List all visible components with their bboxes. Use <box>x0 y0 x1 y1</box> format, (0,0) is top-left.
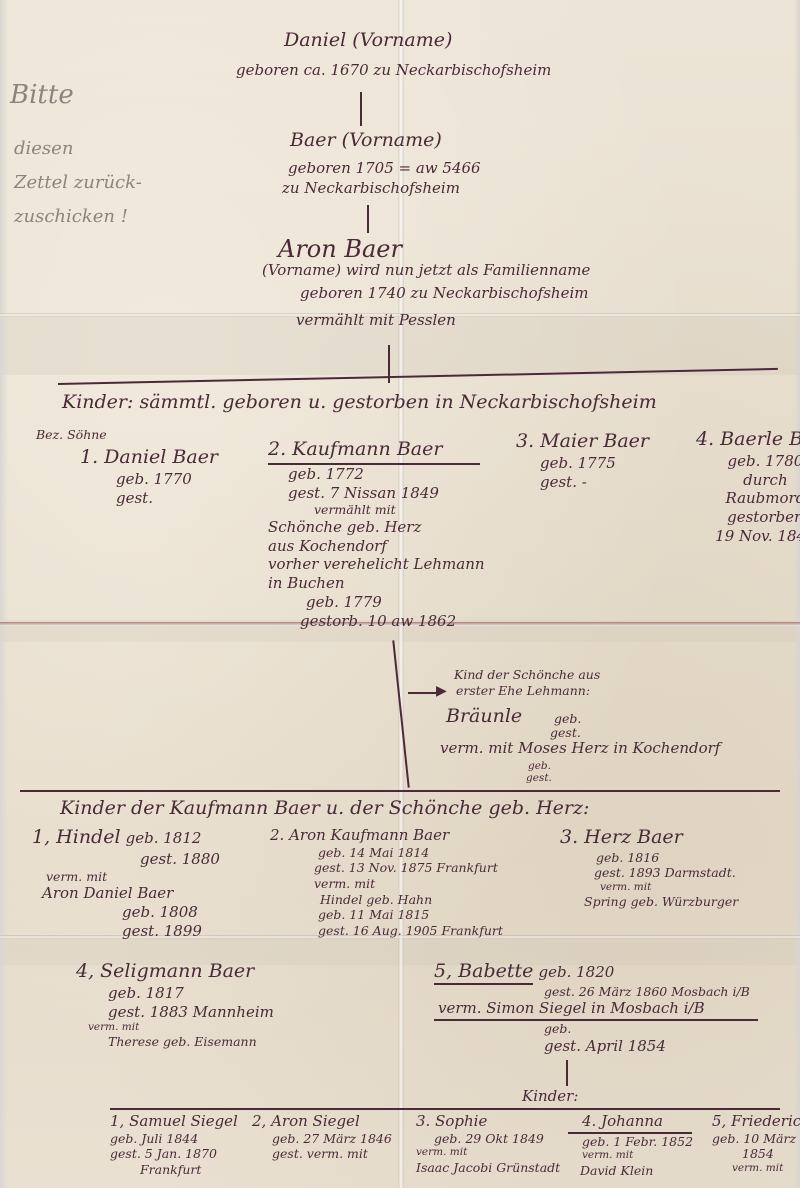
great-grandchild-detail: gest. 5 Jan. 1870 <box>110 1146 238 1162</box>
grandchild-detail: geb. 1820 <box>538 963 614 981</box>
child-name: 2. Kaufmann Baer <box>268 438 480 465</box>
grandchild-detail: verm. mit <box>76 1021 274 1034</box>
grandchild-detail: gest. 1893 Darmstadt. <box>560 865 738 881</box>
grandchild-detail: Hindel geb. Hahn <box>270 892 503 908</box>
grandchild-detail: Therese geb. Eisemann <box>76 1034 274 1050</box>
grandchild-2: 2. Aron Kaufmann Baer geb. 14 Mai 1814 g… <box>270 826 503 939</box>
great-grandchild-3: 3. Sophie geb. 29 Okt 1849 verm. mit Isa… <box>416 1112 560 1175</box>
great-grandchild-detail: geb. 29 Okt 1849 <box>416 1131 560 1147</box>
child-name: 4. Baerle Baer <box>696 428 800 452</box>
lineage-connector <box>367 205 369 233</box>
great-grandchild-detail: verm. mit <box>568 1149 693 1162</box>
great-grandchild-name: 2, Aron Siegel <box>252 1112 392 1131</box>
great-grandchild-detail: geb. 27 März 1846 <box>252 1131 392 1147</box>
child-detail: geb. 1775 <box>516 454 649 473</box>
grandchild-detail: geb. 1812 <box>126 829 202 847</box>
lineage-connector <box>360 92 362 126</box>
grandchild-detail: geb. 11 Mai 1815 <box>270 907 503 923</box>
child-4: 4. Baerle Baer geb. 1780 durch Raubmord … <box>696 428 800 546</box>
grandchild-detail: gest. 13 Nov. 1875 Frankfurt <box>270 860 503 876</box>
child-detail: in Buchen <box>268 574 485 593</box>
grandchild-detail: verm. mit <box>270 876 503 892</box>
stepchild-married: verm. mit Moses Herz in Kochendorf <box>440 740 720 757</box>
grandchild-1: 1, Hindel geb. 1812 gest. 1880 verm. mit… <box>32 826 220 940</box>
stepchild-name: Bräunle <box>446 706 522 728</box>
grandchild-name: 2. Aron Kaufmann Baer <box>270 826 503 845</box>
great-grandchild-detail: Frankfurt <box>110 1162 238 1178</box>
grandchild-detail: gest. 1899 <box>32 922 220 941</box>
grandchild-detail: gest. 1883 Mannheim <box>76 1003 274 1022</box>
great-grandchild-detail: Isaac Jacobi Grünstadt <box>416 1160 560 1176</box>
grandchild-detail: geb. 14 Mai 1814 <box>270 845 503 861</box>
grandchild-name: 4, Seligmann Baer <box>76 960 274 984</box>
stepchild-intro: Kind der Schönche aus <box>454 668 600 682</box>
grandchildren-header: Kinder der Kaufmann Baer u. der Schönche… <box>60 798 589 820</box>
pencil-note-line: Bitte <box>10 80 74 111</box>
child-detail: vorher verehelicht Lehmann <box>268 555 485 574</box>
great-grandchild-detail: geb. 10 März <box>712 1131 800 1147</box>
grandchild-detail: gest. 26 März 1860 Mosbach i/B <box>434 984 758 1000</box>
stepchild-intro: erster Ehe Lehmann: <box>456 684 590 698</box>
child-detail: geb. 1770 <box>80 470 218 489</box>
child-detail: geb. 1780 <box>696 452 800 471</box>
great-grandchildren-header: Kinder: <box>522 1088 578 1105</box>
grandchild-5: 5, Babette geb. 1820 gest. 26 März 1860 … <box>434 960 758 1056</box>
grandchild-detail: gest. 1880 <box>32 850 220 869</box>
great-grandchild-name: 1, Samuel Siegel <box>110 1112 238 1131</box>
great-grandchild-detail: 1854 <box>712 1146 800 1162</box>
paper-edge <box>794 0 800 1188</box>
child-detail: geb. 1779 <box>268 593 485 612</box>
gen3-name: Aron Baer <box>278 236 402 264</box>
great-grandchild-detail: verm. mit <box>416 1146 560 1159</box>
great-grandchild-4: 4. Johanna geb. 1 Febr. 1852 verm. mit D… <box>568 1112 693 1178</box>
pencil-note-line: zuschicken ! <box>14 206 128 228</box>
grandchild-detail: Spring geb. Würzburger <box>560 894 738 910</box>
child-detail: Schönche geb. Herz <box>268 518 485 537</box>
arrow-right-icon: ▶ <box>436 683 447 699</box>
great-grandchild-name: 5, Friedericke <box>712 1112 800 1131</box>
gen2-name: Baer (Vorname) <box>290 130 442 152</box>
children-header: Kinder: sämmtl. geboren u. gestorben in … <box>62 392 657 414</box>
child-detail: Raubmord <box>696 489 800 508</box>
grandchild-name: 1, Hindel <box>32 826 121 848</box>
child-detail: gest. <box>80 489 218 508</box>
grandchild-detail: geb. <box>434 1021 758 1037</box>
child-name: 1. Daniel Baer <box>80 446 218 470</box>
grandchild-detail: verm. mit <box>32 869 220 885</box>
child-detail: gest. - <box>516 473 649 492</box>
gen1-born: geboren ca. 1670 zu Neckarbischofsheim <box>236 62 551 79</box>
gen2-born: geboren 1705 = aw 5466 <box>288 160 481 177</box>
grandchild-detail: Aron Daniel Baer <box>32 884 220 903</box>
grandchild-detail: gest. 16 Aug. 1905 Frankfurt <box>270 923 503 939</box>
great-grandchild-detail: geb. 1 Febr. 1852 <box>568 1134 693 1150</box>
great-grandchild-detail: gest. verm. mit <box>252 1146 392 1162</box>
great-grandchild-2: 2, Aron Siegel geb. 27 März 1846 gest. v… <box>252 1112 392 1162</box>
child-detail: gest. 7 Nissan 1849 <box>268 484 485 503</box>
child-2: 2. Kaufmann Baer geb. 1772 gest. 7 Nissa… <box>268 438 485 630</box>
child-detail: gestorben <box>696 508 800 527</box>
gen3-note: (Vorname) wird nun jetzt als Familiennam… <box>262 262 590 279</box>
child-detail: geb. 1772 <box>268 465 485 484</box>
genealogy-sheet: Bitte diesen Zettel zurück- zuschicken !… <box>0 0 800 1188</box>
great-grandchild-name: 4. Johanna <box>568 1112 692 1134</box>
grandchild-4: 4, Seligmann Baer geb. 1817 gest. 1883 M… <box>76 960 274 1050</box>
child-name: 3. Maier Baer <box>516 430 649 454</box>
grandchild-detail: verm. Simon Siegel in Mosbach i/B <box>434 999 758 1021</box>
great-grandchild-detail: verm. mit <box>712 1162 800 1175</box>
grandchild-detail: verm. mit <box>560 881 738 894</box>
gen2-place: zu Neckarbischofsheim <box>282 180 460 197</box>
stepchild-spouse-died: gest. <box>526 772 552 784</box>
grandchild-name: 5, Babette <box>434 960 533 985</box>
child-detail: 19 Nov. 1843 <box>696 527 800 546</box>
great-grandchild-detail: geb. Juli 1844 <box>110 1131 238 1147</box>
great-grandchild-detail: David Klein <box>568 1163 693 1179</box>
lineage-connector <box>566 1060 568 1086</box>
gen3-married: vermählt mit Pesslen <box>296 312 456 329</box>
grandchild-detail: gest. April 1854 <box>434 1037 758 1056</box>
pencil-note-line: Zettel zurück- <box>14 172 142 194</box>
grandchild-detail: geb. 1808 <box>32 903 220 922</box>
child-1: 1. Daniel Baer geb. 1770 gest. <box>80 446 218 507</box>
pencil-note-line: diesen <box>14 138 73 160</box>
paper-edge <box>0 0 8 1188</box>
stepchild-spouse-born: geb. <box>528 760 551 772</box>
gen1-name: Daniel (Vorname) <box>284 30 452 52</box>
great-grandchild-1: 1, Samuel Siegel geb. Juli 1844 gest. 5 … <box>110 1112 238 1178</box>
generation-divider <box>110 1108 780 1110</box>
child-detail: aus Kochendorf <box>268 537 485 556</box>
children-subheader: Bez. Söhne <box>36 428 107 442</box>
great-grandchild-name: 3. Sophie <box>416 1112 560 1131</box>
gen3-born: geboren 1740 zu Neckarbischofsheim <box>300 285 588 302</box>
great-grandchild-5: 5, Friedericke geb. 10 März 1854 verm. m… <box>712 1112 800 1175</box>
child-detail: durch <box>696 471 800 490</box>
grandchild-detail: geb. 1816 <box>560 850 738 866</box>
child-detail: vermählt mit <box>268 502 485 518</box>
grandchild-3: 3. Herz Baer geb. 1816 gest. 1893 Darmst… <box>560 826 738 910</box>
child-detail: gestorb. 10 aw 1862 <box>268 612 485 631</box>
child-3: 3. Maier Baer geb. 1775 gest. - <box>516 430 649 491</box>
generation-divider <box>20 790 780 792</box>
grandchild-name: 3. Herz Baer <box>560 826 738 850</box>
grandchild-detail: geb. 1817 <box>76 984 274 1003</box>
